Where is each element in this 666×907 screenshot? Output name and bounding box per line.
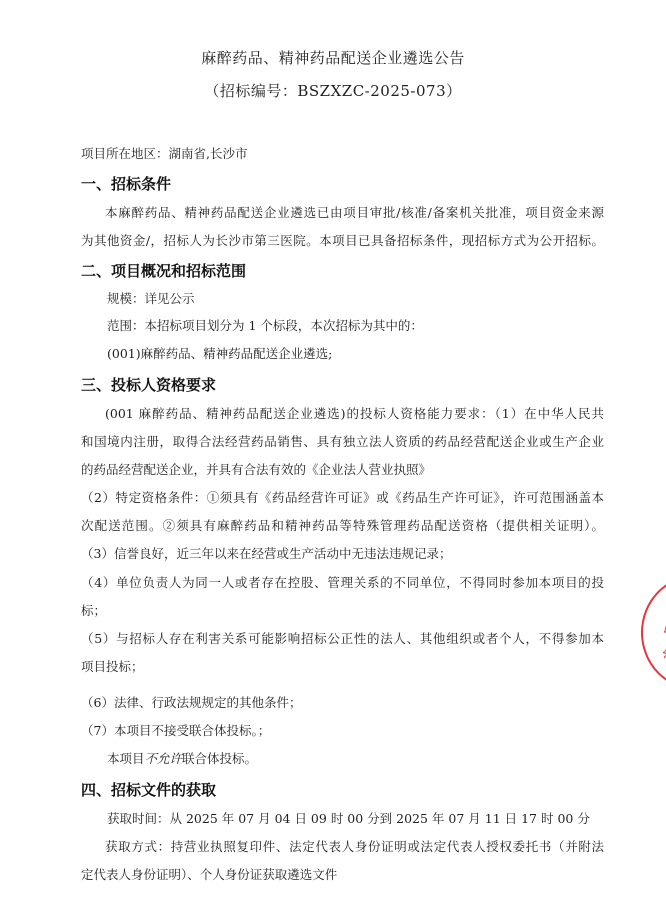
acquisition-time: 获取时间：从 2025 年 07 月 04 日 09 时 00 分到 2025 … [107, 811, 630, 827]
section-1-line-1: 本麻醉药品、精神药品配送企业遴选已由项目审批/核准/备案机关批准，项目资金来源 [105, 205, 604, 221]
section-heading-2: 二、项目概况和招标范围 [81, 260, 246, 281]
qualification-line-4: （2）特定资格条件：①须具有《药品经营许可证》或《药品生产许可证》，许可范围涵盖… [81, 490, 604, 506]
document-page: 麻醉药品、精神药品配送企业遴选公告 （招标编号：BSZXZC-2025-073）… [0, 0, 666, 907]
acquisition-method-line-2: 定代表人身份证明）、个人身份证获取遴选文件 [81, 867, 604, 883]
qualification-line-2: 和国境内注册，取得合法经营药品销售、具有独立法人资质的药品经营配送企业或生产企业 [81, 434, 604, 450]
scope-line: 范围：本招标项目划分为 1 个标段，本次招标为其中的： [107, 318, 630, 334]
qualification-line-10: 项目投标； [81, 659, 604, 675]
qualification-line-6: （3）信誉良好，近三年以来在经营或生产活动中无违法违规记录； [81, 546, 604, 562]
official-seal: 田 知 ソ 沧 [641, 575, 666, 690]
consortium-prefix: 本项目 [107, 751, 145, 766]
document-title: 麻醉药品、精神药品配送企业遴选公告 [0, 47, 666, 68]
qualification-line-5: 次配送范围。②须具有麻醉药品和精神药品等特殊管理药品配送资格（提供相关证明）。 [81, 518, 604, 534]
seal-char-4: 沧 [660, 646, 666, 660]
qualification-line-11: （6）法律、行政法规规定的其他条件； [81, 695, 604, 711]
qualification-line-12: （7）本项目不接受联合体投标。； [81, 723, 604, 739]
consortium-suffix: 联合体投标。 [182, 751, 257, 766]
qualification-line-1: (001 麻醉药品、精神药品配送企业遴选)的投标人资格能力要求：（1）在中华人民… [105, 406, 604, 422]
section-heading-3: 三、投标人资格要求 [81, 374, 216, 395]
lot-line: (001)麻醉药品、精神药品配送企业遴选; [107, 346, 630, 362]
qualification-line-9: （5）与招标人存在利害关系可能影响招标公正性的法人、其他组织或者个人，不得参加本 [81, 631, 604, 647]
qualification-line-7: （4）单位负责人为同一人或者存在控股、管理关系的不同单位，不得同时参加本项目的投 [81, 575, 604, 591]
acquisition-method-line-1: 获取方式：持营业执照复印件、法定代表人身份证明或法定代表人授权委托书（并附法 [105, 839, 604, 855]
consortium-note: 本项目不允许联合体投标。 [107, 751, 630, 767]
section-heading-1: 一、招标条件 [81, 173, 171, 194]
project-location: 项目所在地区：湖南省,长沙市 [81, 146, 604, 162]
section-1-line-2: 为其他资金/，招标人为长沙市第三医院。本项目已具备招标条件，现招标方式为公开招标… [81, 233, 604, 249]
qualification-line-3: 的药品经营配送企业，并具有合法有效的《企业法人营业执照》 [81, 462, 604, 478]
section-heading-4: 四、招标文件的获取 [81, 779, 216, 800]
tender-number: （招标编号：BSZXZC-2025-073） [0, 80, 666, 101]
seal-char-1: 田 [659, 620, 666, 637]
consortium-emphasis: 不允许 [145, 751, 183, 766]
qualification-line-8: 标； [81, 603, 604, 619]
scale-line: 规模：详见公示 [107, 291, 630, 307]
